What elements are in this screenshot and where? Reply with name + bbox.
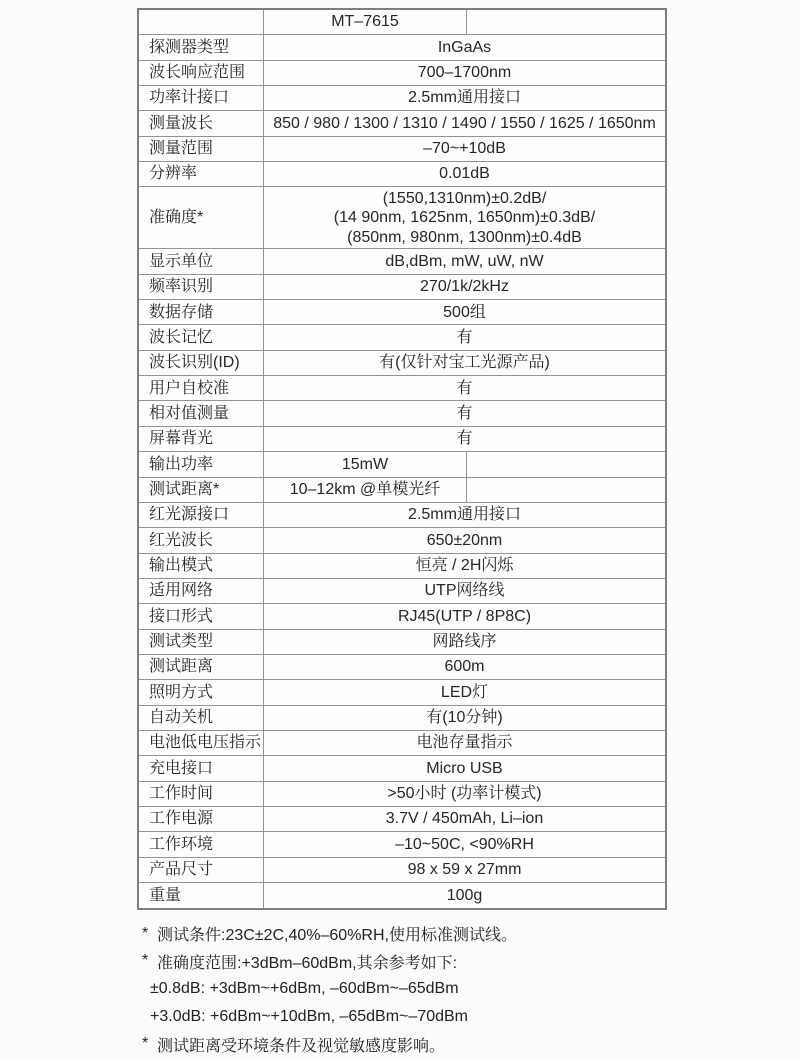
row-label: 准确度*	[139, 187, 264, 248]
row-label: 分辨率	[139, 162, 264, 186]
table-row: 测量范围–70~+10dB	[139, 137, 665, 162]
model-name: MT–7615	[264, 10, 466, 34]
table-row: 相对值测量有	[139, 401, 665, 426]
table-row: 工作电源3.7V / 450mAh, Li–ion	[139, 807, 665, 832]
footnote-text: 测试距离受环境条件及视觉敏感度影响。	[157, 1033, 445, 1056]
row-value: 270/1k/2kHz	[264, 275, 665, 299]
table-row: 分辨率0.01dB	[139, 162, 665, 187]
row-value: RJ45(UTP / 8P8C)	[264, 604, 665, 628]
table-row: 自动关机有(10分钟)	[139, 706, 665, 731]
empty-cell	[466, 10, 665, 34]
row-label: 波长响应范围	[139, 61, 264, 85]
row-label: 显示单位	[139, 249, 264, 273]
row-label: 用户自校准	[139, 376, 264, 400]
model-header-row: MT–7615	[139, 10, 665, 35]
row-label: 重量	[139, 883, 264, 908]
row-label: 测试类型	[139, 630, 264, 654]
footnote-text: ±0.8dB: +3dBm~+6dBm, –60dBm~–65dBm	[150, 980, 459, 998]
row-label: 电池低电压指示	[139, 731, 264, 755]
row-value: 2.5mm通用接口	[264, 503, 665, 527]
row-value: (1550,1310nm)±0.2dB/ (14 90nm, 1625nm, 1…	[264, 187, 665, 248]
table-row: 重量100g	[139, 883, 665, 908]
table-row: 屏幕背光有	[139, 427, 665, 452]
table-row: 波长识别(ID)有(仅针对宝工光源产品)	[139, 351, 665, 376]
spec-table: MT–7615探测器类型InGaAs波长响应范围700–1700nm功率计接口2…	[137, 8, 667, 910]
row-label: 产品尺寸	[139, 858, 264, 882]
row-value: 500组	[264, 300, 665, 324]
table-row: 红光源接口2.5mm通用接口	[139, 503, 665, 528]
row-value: 恒亮 / 2H闪烁	[264, 554, 665, 578]
footnote-line: *测试距离受环境条件及视觉敏感度影响。	[142, 1030, 517, 1058]
empty-cell	[466, 478, 665, 502]
table-row: 产品尺寸98 x 59 x 27mm	[139, 858, 665, 883]
footnote-line: *测试条件:23C±2C,40%–60%RH,使用标准测试线。	[142, 920, 517, 948]
row-value: 有	[264, 427, 665, 451]
table-row: 数据存储500组	[139, 300, 665, 325]
row-value: –10~50C, <90%RH	[264, 832, 665, 856]
row-value: 600m	[264, 655, 665, 679]
table-row: 波长记忆有	[139, 325, 665, 350]
table-row: 测试距离600m	[139, 655, 665, 680]
table-row: 测量波长850 / 980 / 1300 / 1310 / 1490 / 155…	[139, 111, 665, 136]
asterisk-marker: *	[142, 952, 157, 970]
table-row: 准确度*(1550,1310nm)±0.2dB/ (14 90nm, 1625n…	[139, 187, 665, 249]
footnote-text: +3.0dB: +6dBm~+10dBm, –65dBm~–70dBm	[150, 1008, 468, 1026]
table-row: 频率识别270/1k/2kHz	[139, 275, 665, 300]
row-label: 工作电源	[139, 807, 264, 831]
row-value: 有	[264, 325, 665, 349]
footnote-line: ±0.8dB: +3dBm~+6dBm, –60dBm~–65dBm	[142, 975, 517, 1003]
row-label: 测量波长	[139, 111, 264, 135]
table-row: 探测器类型InGaAs	[139, 35, 665, 60]
table-row: 接口形式RJ45(UTP / 8P8C)	[139, 604, 665, 629]
table-row: 测试距离*10–12km @单模光纤	[139, 478, 665, 503]
row-label: 功率计接口	[139, 86, 264, 110]
row-label: 输出模式	[139, 554, 264, 578]
row-value: >50小时 (功率计模式)	[264, 782, 665, 806]
table-row: 输出功率15mW	[139, 452, 665, 477]
row-value: 15mW	[264, 452, 466, 476]
row-label: 波长记忆	[139, 325, 264, 349]
row-value: 有(仅针对宝工光源产品)	[264, 351, 665, 375]
row-label: 测试距离	[139, 655, 264, 679]
row-label: 适用网络	[139, 579, 264, 603]
row-label: 屏幕背光	[139, 427, 264, 451]
asterisk-marker: *	[142, 1035, 157, 1053]
row-value: 100g	[264, 883, 665, 908]
row-value: InGaAs	[264, 35, 665, 59]
asterisk-marker: *	[142, 925, 157, 943]
table-row: 用户自校准有	[139, 376, 665, 401]
table-row: 照明方式LED灯	[139, 680, 665, 705]
table-row: 功率计接口2.5mm通用接口	[139, 86, 665, 111]
row-value: –70~+10dB	[264, 137, 665, 161]
table-row: 电池低电压指示电池存量指示	[139, 731, 665, 756]
row-value: 有	[264, 376, 665, 400]
row-value: UTP网络线	[264, 579, 665, 603]
row-value: 98 x 59 x 27mm	[264, 858, 665, 882]
row-value: 10–12km @单模光纤	[264, 478, 466, 502]
table-row: 工作时间>50小时 (功率计模式)	[139, 782, 665, 807]
row-value: dB,dBm, mW, uW, nW	[264, 249, 665, 273]
row-label: 相对值测量	[139, 401, 264, 425]
empty-cell	[466, 452, 665, 476]
row-value: 有(10分钟)	[264, 706, 665, 730]
row-label: 频率识别	[139, 275, 264, 299]
row-value: 650±20nm	[264, 528, 665, 552]
row-label: 波长识别(ID)	[139, 351, 264, 375]
table-row: 测试类型网路线序	[139, 630, 665, 655]
row-label: 自动关机	[139, 706, 264, 730]
row-label: 充电接口	[139, 756, 264, 780]
footnotes: *测试条件:23C±2C,40%–60%RH,使用标准测试线。*准确度范围:+3…	[142, 920, 517, 1058]
row-value: 网路线序	[264, 630, 665, 654]
row-value: 3.7V / 450mAh, Li–ion	[264, 807, 665, 831]
row-value: Micro USB	[264, 756, 665, 780]
row-value: 850 / 980 / 1300 / 1310 / 1490 / 1550 / …	[264, 111, 665, 135]
row-label: 红光波长	[139, 528, 264, 552]
table-row: 充电接口Micro USB	[139, 756, 665, 781]
footnote-line: +3.0dB: +6dBm~+10dBm, –65dBm~–70dBm	[142, 1003, 517, 1031]
row-value: 0.01dB	[264, 162, 665, 186]
row-label: 接口形式	[139, 604, 264, 628]
row-label: 测量范围	[139, 137, 264, 161]
row-label: 输出功率	[139, 452, 264, 476]
row-label: 探测器类型	[139, 35, 264, 59]
row-label: 红光源接口	[139, 503, 264, 527]
table-row: 波长响应范围700–1700nm	[139, 61, 665, 86]
row-value: 电池存量指示	[264, 731, 665, 755]
row-label: 工作时间	[139, 782, 264, 806]
table-row: 红光波长650±20nm	[139, 528, 665, 553]
row-value: 有	[264, 401, 665, 425]
row-label: 测试距离*	[139, 478, 264, 502]
row-label	[139, 10, 264, 34]
row-label: 照明方式	[139, 680, 264, 704]
row-value: 2.5mm通用接口	[264, 86, 665, 110]
table-row: 输出模式恒亮 / 2H闪烁	[139, 554, 665, 579]
footnote-text: 准确度范围:+3dBm–60dBm,其余参考如下:	[157, 950, 457, 973]
table-row: 显示单位dB,dBm, mW, uW, nW	[139, 249, 665, 274]
row-label: 工作环境	[139, 832, 264, 856]
footnote-text: 测试条件:23C±2C,40%–60%RH,使用标准测试线。	[157, 922, 517, 945]
table-row: 工作环境–10~50C, <90%RH	[139, 832, 665, 857]
row-label: 数据存储	[139, 300, 264, 324]
footnote-line: *准确度范围:+3dBm–60dBm,其余参考如下:	[142, 948, 517, 976]
table-row: 适用网络UTP网络线	[139, 579, 665, 604]
row-value: LED灯	[264, 680, 665, 704]
row-value: 700–1700nm	[264, 61, 665, 85]
